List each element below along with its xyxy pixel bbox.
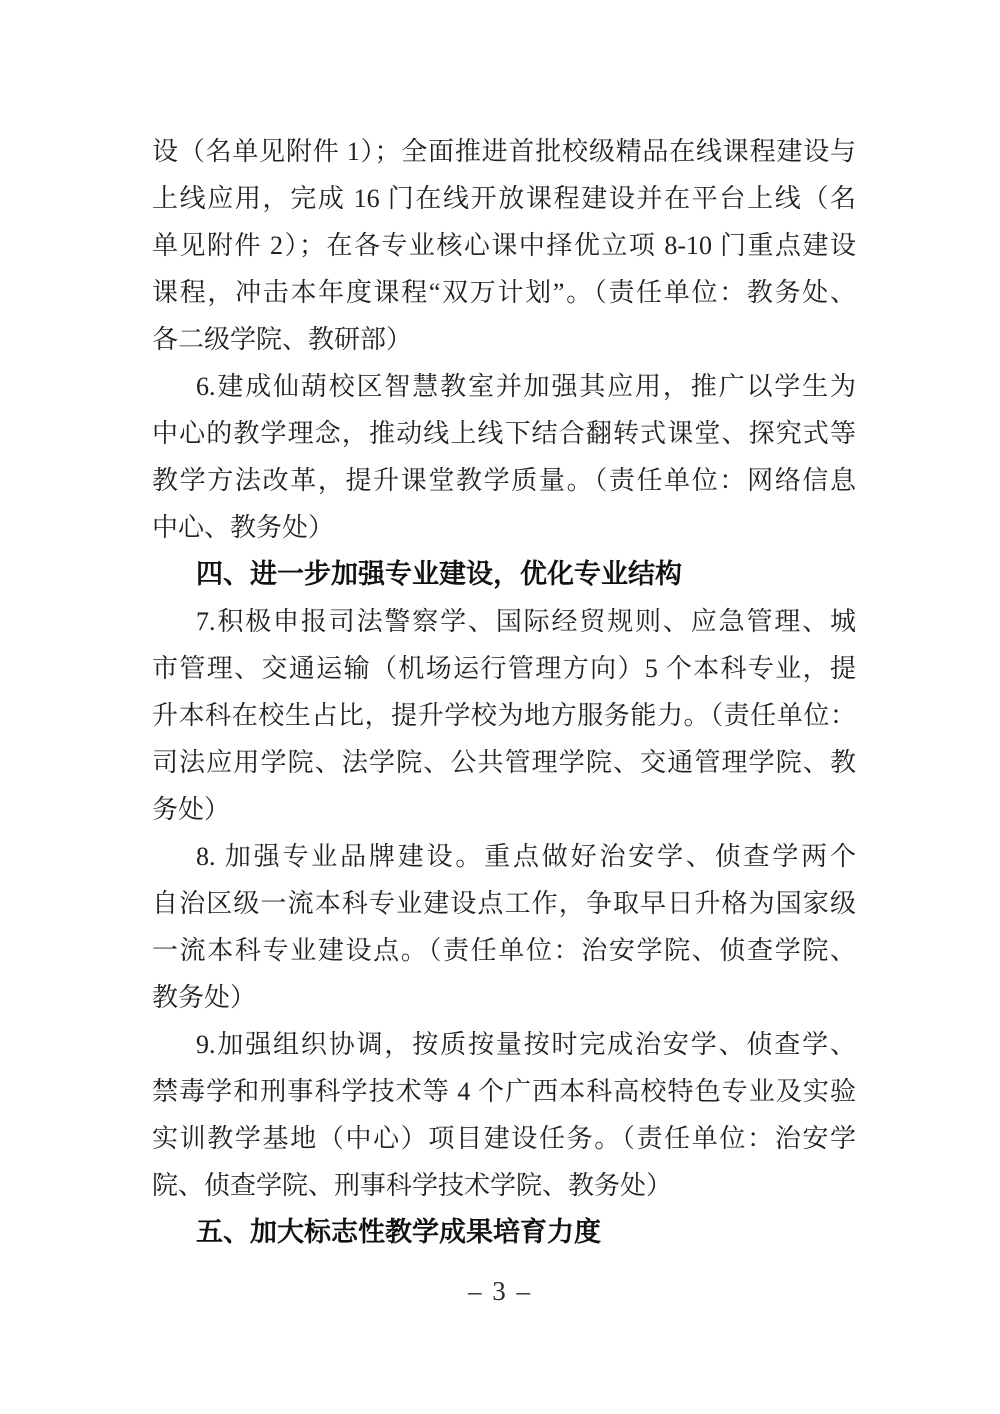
heading-section-5: 五、加大标志性教学成果培育力度	[152, 1209, 856, 1256]
text-line: 市管理、交通运输（机场运行管理方向）5 个本科专业，提	[152, 645, 856, 692]
text-line: 教学方法改革，提升课堂教学质量。（责任单位：网络信息	[152, 457, 856, 504]
document-body: 设（名单见附件 1）；全面推进首批校级精品在线课程建设与上线应用，完成 16 门…	[152, 128, 856, 1256]
text-line: 禁毒学和刑事科学技术等 4 个广西本科高校特色专业及实验	[152, 1068, 856, 1115]
text-line: 8. 加强专业品牌建设。重点做好治安学、侦查学两个	[152, 833, 856, 880]
text-line: 自治区级一流本科专业建设点工作，争取早日升格为国家级	[152, 880, 856, 927]
paragraph-8: 8. 加强专业品牌建设。重点做好治安学、侦查学两个自治区级一流本科专业建设点工作…	[152, 833, 856, 1021]
text-line: 设（名单见附件 1）；全面推进首批校级精品在线课程建设与	[152, 128, 856, 175]
text-line: 上线应用，完成 16 门在线开放课程建设并在平台上线（名	[152, 175, 856, 222]
page-number: – 3 –	[468, 1276, 532, 1306]
text-line: 7.积极申报司法警察学、国际经贸规则、应急管理、城	[152, 598, 856, 645]
text-line: 院、侦查学院、刑事科学技术学院、教务处）	[152, 1162, 856, 1209]
paragraph-6: 6.建成仙葫校区智慧教室并加强其应用，推广以学生为中心的教学理念，推动线上线下结…	[152, 363, 856, 551]
text-line: 实训教学基地（中心）项目建设任务。（责任单位：治安学	[152, 1115, 856, 1162]
text-line: 单见附件 2）；在各专业核心课中择优立项 8-10 门重点建设	[152, 222, 856, 269]
paragraph-7: 7.积极申报司法警察学、国际经贸规则、应急管理、城市管理、交通运输（机场运行管理…	[152, 598, 856, 833]
text-line: 升本科在校生占比，提升学校为地方服务能力。（责任单位：	[152, 692, 856, 739]
text-line: 教务处）	[152, 974, 856, 1021]
paragraph-5-continuation: 设（名单见附件 1）；全面推进首批校级精品在线课程建设与上线应用，完成 16 门…	[152, 128, 856, 363]
paragraph-9: 9.加强组织协调，按质按量按时完成治安学、侦查学、禁毒学和刑事科学技术等 4 个…	[152, 1021, 856, 1209]
text-line: 课程，冲击本年度课程“双万计划”。（责任单位：教务处、	[152, 269, 856, 316]
heading-section-4: 四、进一步加强专业建设，优化专业结构	[152, 551, 856, 598]
document-page: 设（名单见附件 1）；全面推进首批校级精品在线课程建设与上线应用，完成 16 门…	[0, 0, 1000, 1414]
text-line: 务处）	[152, 786, 856, 833]
text-line: 司法应用学院、法学院、公共管理学院、交通管理学院、教	[152, 739, 856, 786]
text-line: 中心、教务处）	[152, 504, 856, 551]
text-line: 中心的教学理念，推动线上线下结合翻转式课堂、探究式等	[152, 410, 856, 457]
text-line: 各二级学院、教研部）	[152, 316, 856, 363]
text-line: 6.建成仙葫校区智慧教室并加强其应用，推广以学生为	[152, 363, 856, 410]
page-footer: – 3 –	[0, 1276, 1000, 1307]
text-line: 9.加强组织协调，按质按量按时完成治安学、侦查学、	[152, 1021, 856, 1068]
text-line: 一流本科专业建设点。（责任单位：治安学院、侦查学院、	[152, 927, 856, 974]
text-line: 五、加大标志性教学成果培育力度	[152, 1209, 856, 1256]
text-line: 四、进一步加强专业建设，优化专业结构	[152, 551, 856, 598]
